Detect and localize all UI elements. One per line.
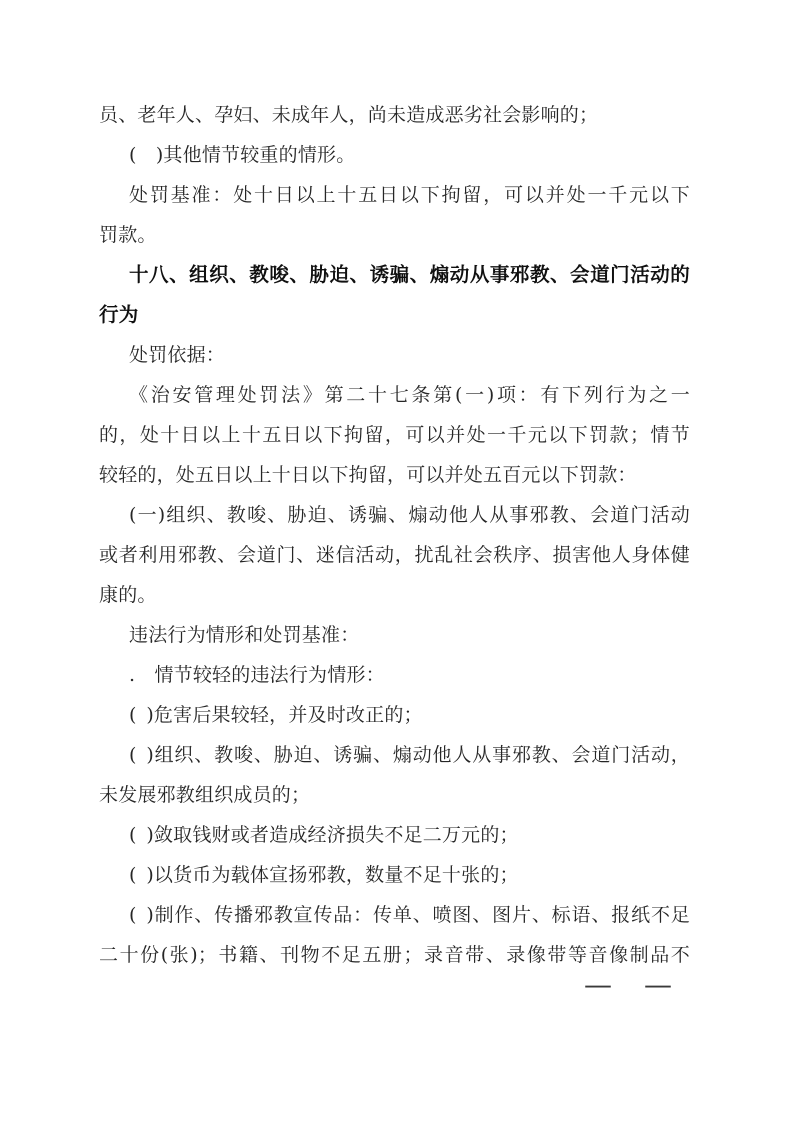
text-line: . 情节较轻的违法行为情形： [99,655,690,695]
text-line: 《治安管理处罚法》第二十七条第(一)项：有下列行为之一 [99,375,690,415]
text-line: 较轻的，处五日以上十日以下拘留，可以并处五百元以下罚款： [99,455,690,495]
text-line: 员、老年人、孕妇、未成年人，尚未造成恶劣社会影响的； [99,95,690,135]
text-line: 处罚依据： [99,335,690,375]
page-number-dash-left: — [584,968,612,1002]
text-line: ( )组织、教唆、胁迫、诱骗、煽动他人从事邪教、会道门活动， [99,735,690,775]
text-line: 处罚基准：处十日以上十五日以下拘留，可以并处一千元以下 [99,175,690,215]
text-line: 或者利用邪教、会道门、迷信活动，扰乱社会秩序、损害他人身体健 [99,535,690,575]
text-line: ( )危害后果较轻，并及时改正的； [99,695,690,735]
page-number-dash-right: — [644,968,672,1002]
document-text-block: 员、老年人、孕妇、未成年人，尚未造成恶劣社会影响的； ( )其他情节较重的情形。… [99,95,690,975]
section-heading-line: 十八、组织、教唆、胁迫、诱骗、煽动从事邪教、会道门活动的 [99,255,690,295]
document-page: 员、老年人、孕妇、未成年人，尚未造成恶劣社会影响的； ( )其他情节较重的情形。… [0,0,793,1122]
page-number-area: — — [584,968,672,1002]
text-line: 的，处十日以上十五日以下拘留，可以并处一千元以下罚款；情节 [99,415,690,455]
text-line: ( )以货币为载体宣扬邪教，数量不足十张的； [99,855,690,895]
text-line: ( )敛取钱财或者造成经济损失不足二万元的； [99,815,690,855]
section-heading-line: 行为 [99,295,690,335]
text-line: 康的。 [99,575,690,615]
text-line: 违法行为情形和处罚基准： [99,615,690,655]
text-line: 罚款。 [99,215,690,255]
text-line: 未发展邪教组织成员的； [99,775,690,815]
text-line: ( )制作、传播邪教宣传品：传单、喷图、图片、标语、报纸不足 [99,895,690,935]
text-line: (一)组织、教唆、胁迫、诱骗、煽动他人从事邪教、会道门活动 [99,495,690,535]
text-line: ( )其他情节较重的情形。 [99,135,690,175]
